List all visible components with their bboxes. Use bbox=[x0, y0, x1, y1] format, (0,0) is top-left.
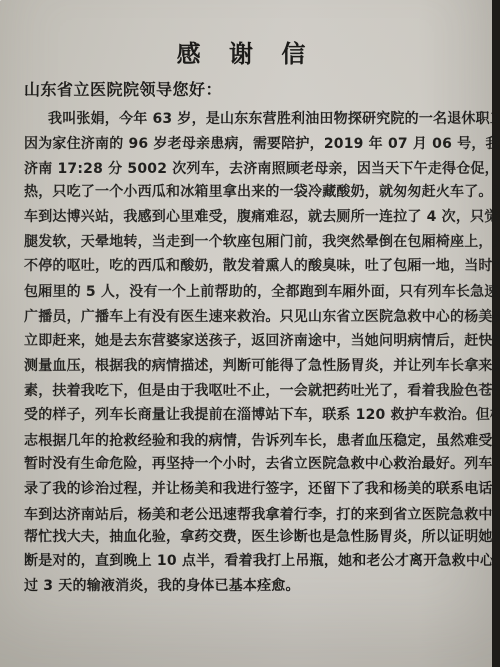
body-line: 过 3 天的输液消炎，我的身体已基本痊愈。 bbox=[24, 575, 454, 595]
body-line: 济南 17:28 分 5002 次列车，去济南照顾老母亲，因当天下午走得仓促，天… bbox=[24, 158, 454, 178]
body-line: 包厢里的 5 人，没有一个上前帮助的，全都跑到车厢外面，只有列车长急速的喊 bbox=[24, 281, 454, 301]
body-line: 因为家住济南的 96 岁老母亲患病，需要陪护，2019 年 07 月 06 号，… bbox=[24, 133, 454, 153]
body-line: 素，扶着我吃下，但是由于我呕吐不止，一会就把药吐光了，看着我脸色苍白难 bbox=[24, 380, 454, 400]
body-line: 我叫张娟，今年 63 岁，是山东东营胜利油田物探研究院的一名退休职工， bbox=[48, 108, 458, 128]
body-line: 热，只吃了一个小西瓜和冰箱里拿出来的一袋冷藏酸奶，就匆匆赶火车了。当列 bbox=[24, 181, 454, 201]
body-line: 车到达济南站后，杨美和老公迅速帮我拿着行李，打的来到省立医院急救中心， bbox=[24, 504, 454, 524]
letter-paper: 感 谢 信 山东省立医院院领导您好： 我叫张娟，今年 63 岁，是山东东营胜利油… bbox=[0, 0, 492, 667]
body-line: 车到达博兴站，我感到心里难受，腹痛难忍，就去厕所一连拉了 4 次，只觉得两 bbox=[24, 206, 454, 226]
body-line: 受的样子，列车长商量让我提前在淄博站下车，联系 120 救护车救治。但杨美同 bbox=[24, 404, 454, 424]
body-line: 不停的呕吐，吃的西瓜和酸奶，散发着熏人的酸臭味，吐了包厢一地，当时坐在 bbox=[24, 255, 454, 275]
body-line: 立即赶来，她是去东营婆家送孩子，返回济南途中，当她问明病情后，赶快给我 bbox=[24, 330, 454, 350]
body-line: 广播员，广播车上有没有医生速来救治。只见山东省立医院急救中心的杨美护士， bbox=[24, 306, 454, 326]
letter-title: 感 谢 信 bbox=[0, 34, 492, 69]
body-line: 帮忙找大夫，抽血化验，拿药交费，医生诊断也是急性肠胃炎，所以证明她的判 bbox=[24, 526, 454, 546]
letter-greeting: 山东省立医院院领导您好： bbox=[24, 77, 222, 100]
body-line: 录了我的诊治过程，并让杨美和我进行签字，还留下了我和杨美的联系电话。列 bbox=[24, 478, 454, 498]
body-line: 暂时没有生命危险，再坚持一个小时，去省立医院急救中心救治最好。列车长记 bbox=[24, 453, 454, 473]
body-line: 志根据几年的抢救经验和我的病情，告诉列车长，患者血压稳定，虽然难受，但 bbox=[24, 430, 454, 450]
body-line: 测量血压，根据我的病情描述，判断可能得了急性肠胃炎，并让列车长拿来黄连 bbox=[24, 355, 454, 375]
body-line: 腿发软，天晕地转，当走到一个软座包厢门前，我突然晕倒在包厢椅座上，并且 bbox=[24, 231, 454, 251]
body-line: 断是对的，直到晚上 10 点半，看着我打上吊瓶，她和老公才离开急救中心，经 bbox=[24, 550, 454, 570]
paper-crease bbox=[0, 0, 14, 4]
